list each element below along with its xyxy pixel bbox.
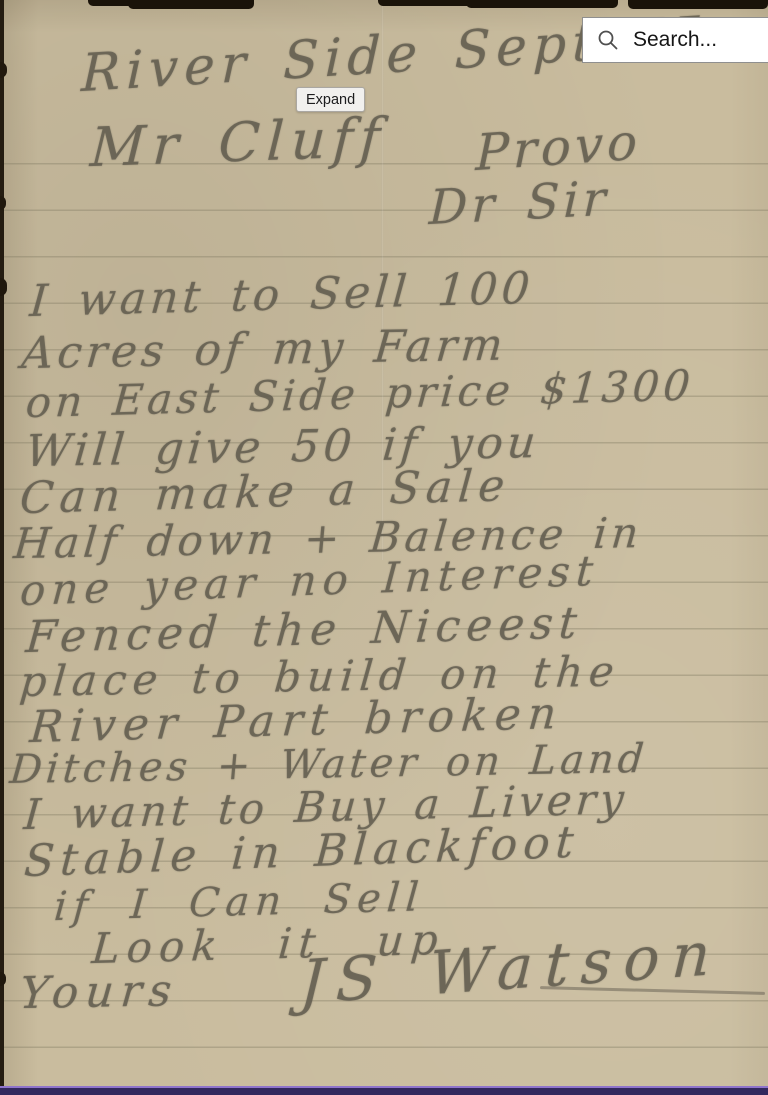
letter-body-line: Stable in Blackfoot — [22, 817, 581, 888]
search-box — [582, 17, 768, 63]
bottom-accent-bar — [0, 1086, 768, 1095]
scan-edge-mark — [0, 972, 6, 986]
expand-button[interactable]: Expand — [296, 87, 365, 112]
letter-body-line: Look it up — [90, 915, 447, 973]
scanned-letter-page: River Side Sept 75 Mr Cluff Provo Dr Sir… — [0, 0, 768, 1095]
search-input[interactable] — [631, 27, 768, 53]
letter-body-line: if I Can Sell — [52, 874, 426, 930]
letter-addressee-city: Provo — [475, 112, 642, 182]
letter-body-line: on East Side price $1300 — [24, 361, 696, 428]
paper-crease — [381, 0, 384, 560]
torn-edge-mark — [128, 0, 254, 9]
letter-body-line: I want to Sell 100 — [28, 263, 536, 327]
letter-addressee: Mr Cluff — [89, 106, 389, 180]
letter-body-line: I want to Buy a Livery — [22, 774, 629, 839]
scan-edge-mark — [0, 196, 6, 210]
letter-signature: JS Watson — [298, 918, 724, 1018]
letter-body-line: Acres of my Farm — [20, 320, 509, 380]
letter-body-line: Ditches + Water on Land — [8, 736, 650, 793]
ruled-lines — [0, 118, 768, 1086]
signature-flourish — [540, 986, 765, 995]
search-icon — [596, 28, 620, 52]
letter-salutation: Dr Sir — [428, 171, 611, 237]
scan-edge-left — [0, 0, 4, 1086]
torn-edge-mark — [628, 0, 768, 9]
letter-body-line: place to build on the — [18, 647, 622, 707]
letter-valediction: Yours — [18, 965, 181, 1019]
letter-body-line: Fenced the Niceest — [24, 597, 585, 663]
letter-body-line: Half down + Balence in — [12, 508, 645, 568]
letter-body-line: one year no Interest — [19, 546, 601, 615]
letter-body-line: River Part broken — [28, 688, 565, 753]
scan-edge-mark — [0, 62, 7, 78]
scan-edge-mark — [0, 278, 7, 296]
letter-body-line: Can make a Sale — [18, 460, 512, 524]
torn-edge-mark — [466, 0, 618, 8]
letter-body-line: Will give 50 if you — [24, 417, 542, 477]
